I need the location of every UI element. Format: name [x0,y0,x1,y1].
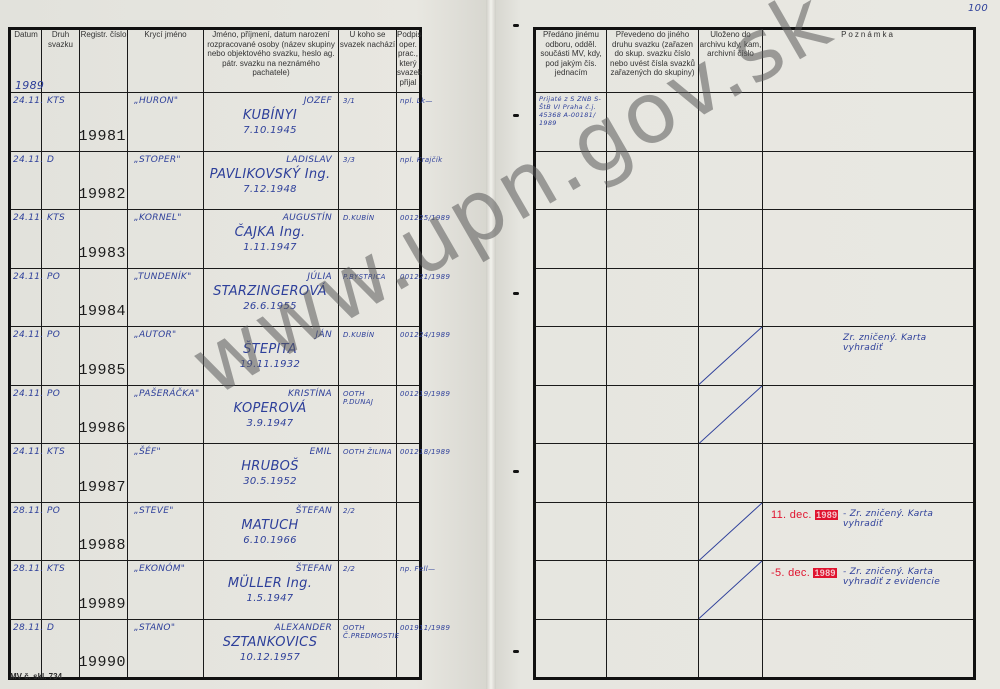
cell-registr: 19990 [80,619,128,679]
field-first: AUGUSTÍN [208,213,332,223]
cell-druh: PO [42,502,80,561]
cell-predano [535,502,607,561]
cell-predano [535,619,607,679]
cell-poznamka [763,93,975,152]
field-dob: 7.12.1948 [208,184,332,195]
field-datum: 24.11. [13,272,43,282]
cell-kryci: „KORNEL" [128,210,204,269]
field-first: ALEXANDER [208,623,332,633]
cell-podpis: np. Fell— [397,561,421,620]
field-u_koho: D.KUBÍN [343,214,393,222]
field-podpis: npl. Krajčík [400,156,442,164]
right-register-table: Předáno jinému odboru, odděl. součásti M… [533,27,976,680]
field-dob: 1.11.1947 [208,242,332,253]
field-poznamka: - Zr. zničený. Karta vyhradiť z evidenci… [843,567,968,587]
field-dob: 3.9.1947 [208,418,332,429]
strike-diagonal-icon [699,327,762,385]
cell-predano: Prijaté z S ZNB S-ŠtB VI Praha č.j. 4536… [535,93,607,152]
table-row: 24.11. KTS 19981 „HURON" JOZEF KUBÍNYI 7… [10,93,421,152]
field-first: JOZEF [208,96,332,106]
field-u_koho: 3/3 [343,156,393,164]
cell-kryci: „AUTOR" [128,327,204,386]
cell-u-koho: OOTH P.DUNAJ [339,385,397,444]
field-last: KOPEROVÁ [208,401,332,416]
cell-ulozeno [699,210,763,269]
field-last: HRUBOŠ [208,459,332,474]
cell-kryci: „STEVE" [128,502,204,561]
field-druh: KTS [47,213,65,223]
header-u-koho: U koho se svazek nachází [339,29,397,93]
field-reg: 19987 [78,479,126,496]
cell-ulozeno [699,561,763,620]
field-reg: 19983 [78,245,126,262]
cell-predano [535,561,607,620]
cell-druh: PO [42,327,80,386]
cell-datum: 28.11. [10,619,42,679]
binding-mark [513,114,519,117]
table-row: 24.11. D 19982 „STOPER" LADISLAV PAVLIKO… [10,151,421,210]
table-row [535,385,975,444]
cell-druh: KTS [42,444,80,503]
strike-diagonal-icon [699,386,762,444]
field-datum: 28.11. [13,623,43,633]
cell-jmeno: ŠTEFAN MÜLLER Ing. 1.5.1947 [204,561,339,620]
field-datum: 24.11. [13,447,43,457]
cell-podpis: npl. Krajčík [397,151,421,210]
field-poznamka: - Zr. zničený. Karta vyhradiť [843,509,968,529]
field-datum: 24.11. [13,96,43,106]
field-reg: 19981 [78,128,126,145]
field-u_koho: OOTH P.DUNAJ [343,390,393,406]
field-dob: 19.11.1932 [208,359,332,370]
cell-jmeno: KRISTÍNA KOPEROVÁ 3.9.1947 [204,385,339,444]
cell-prevedeno [607,268,699,327]
field-kryci: „ŠÉF" [134,447,161,457]
cell-ulozeno [699,151,763,210]
cell-prevedeno [607,385,699,444]
field-podpis: 001224/1989 [400,331,450,339]
cell-poznamka [763,268,975,327]
field-first: JÁN [208,330,332,340]
cell-poznamka [763,210,975,269]
cell-jmeno: EMIL HRUBOŠ 30.5.1952 [204,444,339,503]
field-kryci: „STANO" [134,623,175,633]
table-row: -5. dec. 1989 - Zr. zničený. Karta vyhra… [535,561,975,620]
header-jmeno: Jméno, příjmení, datum narození rozpraco… [204,29,339,93]
cell-predano [535,444,607,503]
cell-predano [535,327,607,386]
field-last: KUBÍNYI [208,108,332,123]
field-kryci: „KORNEL" [134,213,182,223]
date-stamp: -5. dec. 1989 [771,567,837,579]
header-druh-svazku: Druh svazku [42,29,80,93]
cell-prevedeno [607,327,699,386]
cell-druh: PO [42,268,80,327]
cell-registr: 19989 [80,561,128,620]
field-first: ŠTEFAN [208,506,332,516]
table-row: 11. dec. 1989 - Zr. zničený. Karta vyhra… [535,502,975,561]
field-stamp: -5. dec. [771,567,810,579]
cell-registr: 19986 [80,385,128,444]
cell-podpis: 001221/1989 [397,268,421,327]
field-podpis: 001219/1989 [400,390,450,398]
table-row [535,444,975,503]
field-kryci: „HURON" [134,96,178,106]
cell-registr: 19987 [80,444,128,503]
field-u_koho: 2/2 [343,565,393,573]
cell-podpis: 001911/1989 [397,619,421,679]
table-row [535,268,975,327]
cell-prevedeno [607,619,699,679]
cell-jmeno: ALEXANDER SZTANKOVICS 10.12.1957 [204,619,339,679]
cell-u-koho: 3/3 [339,151,397,210]
table-row: 24.11. KTS 19983 „KORNEL" AUGUSTÍN ČAJKA… [10,210,421,269]
table-row [535,619,975,679]
field-kryci: „TUNDENÍK" [134,272,192,282]
cell-kryci: „EKONÓM" [128,561,204,620]
header-prevedeno: Převedeno do jiného druhu svazku (zařaze… [607,29,699,93]
cell-poznamka: Zr. zničený. Karta vyhradiť [763,327,975,386]
cell-ulozeno [699,444,763,503]
cell-druh: KTS [42,210,80,269]
field-dob: 30.5.1952 [208,476,332,487]
cell-u-koho: P.BYSTRICA [339,268,397,327]
book-gutter [486,0,496,689]
table-row: Prijaté z S ZNB S-ŠtB VI Praha č.j. 4536… [535,93,975,152]
cell-ulozeno [699,93,763,152]
cell-jmeno: AUGUSTÍN ČAJKA Ing. 1.11.1947 [204,210,339,269]
binding-mark [513,470,519,473]
table-row: 24.11. PO 19986 „PAŠERÁČKA" KRISTÍNA KOP… [10,385,421,444]
cell-datum: 24.11. [10,210,42,269]
cell-prevedeno [607,210,699,269]
strike-diagonal-icon [699,561,762,619]
cell-datum: 24.11. [10,268,42,327]
year-note: 1989 [15,81,44,91]
table-row [535,151,975,210]
field-druh: KTS [47,447,65,457]
field-last: MÜLLER Ing. [208,576,332,591]
field-podpis: 001221/1989 [400,273,450,281]
field-dob: 26.6.1955 [208,301,332,312]
form-code: MV č. skl. 734 [10,672,62,681]
field-last: ČAJKA Ing. [208,225,332,240]
field-druh: D [47,155,54,165]
cell-podpis: 001225/1989 [397,210,421,269]
field-dob: 1.5.1947 [208,593,332,604]
cell-podpis: 001224/1989 [397,327,421,386]
table-row: Zr. zničený. Karta vyhradiť [535,327,975,386]
field-dob: 6.10.1966 [208,535,332,546]
cell-u-koho: 3/1 [339,93,397,152]
field-kryci: „PAŠERÁČKA" [134,389,199,399]
cell-datum: 24.11. [10,385,42,444]
cell-predano [535,151,607,210]
cell-prevedeno [607,151,699,210]
cell-poznamka [763,385,975,444]
field-last: STARZINGEROVÁ [208,284,332,299]
cell-druh: KTS [42,93,80,152]
header-podpis: Podpis oper. prac., který svazek přijal [397,29,421,93]
cell-druh: D [42,619,80,679]
table-row: 28.11. PO 19988 „STEVE" ŠTEFAN MATUCH 6.… [10,502,421,561]
cell-ulozeno [699,502,763,561]
cell-kryci: „PAŠERÁČKA" [128,385,204,444]
cell-ulozeno [699,327,763,386]
cell-u-koho: 2/2 [339,502,397,561]
field-datum: 24.11. [13,213,43,223]
field-podpis: np. Fell— [400,565,435,573]
cell-u-koho: OOTH ŽILINA [339,444,397,503]
cell-predano [535,210,607,269]
cell-prevedeno [607,561,699,620]
header-poznamka: Poznámka [763,29,975,93]
field-first: ŠTEFAN [208,564,332,574]
field-stamp_year: 1989 [815,510,838,520]
field-podpis: 001911/1989 [400,624,450,632]
cell-datum: 24.11. [10,151,42,210]
table-row: 24.11. PO 19984 „TUNDENÍK" JÚLIA STARZIN… [10,268,421,327]
field-druh: PO [47,506,60,516]
cell-jmeno: JÁN ŠTEPITA 19.11.1932 [204,327,339,386]
binding-mark [513,292,519,295]
field-druh: KTS [47,96,65,106]
field-reg: 19982 [78,186,126,203]
field-podpis: 001225/1989 [400,214,450,222]
cell-poznamka: -5. dec. 1989 - Zr. zničený. Karta vyhra… [763,561,975,620]
cell-u-koho: 2/2 [339,561,397,620]
field-druh: PO [47,330,60,340]
field-first: EMIL [208,447,332,457]
cell-datum: 24.11. [10,444,42,503]
field-kryci: „AUTOR" [134,330,176,340]
field-reg: 19986 [78,420,126,437]
cell-druh: KTS [42,561,80,620]
cell-jmeno: ŠTEFAN MATUCH 6.10.1966 [204,502,339,561]
cell-registr: 19982 [80,151,128,210]
field-reg: 19990 [78,654,126,671]
field-u_koho: OOTH ŽILINA [343,448,393,456]
header-registr-cislo: Registr. číslo [80,29,128,93]
cell-jmeno: LADISLAV PAVLIKOVSKÝ Ing. 7.12.1948 [204,151,339,210]
field-last: SZTANKOVICS [208,635,332,650]
field-last: ŠTEPITA [208,342,332,357]
table-row [535,210,975,269]
header-predano: Předáno jinému odboru, odděl. součásti M… [535,29,607,93]
field-druh: KTS [47,564,65,574]
field-last: MATUCH [208,518,332,533]
field-dob: 7.10.1945 [208,125,332,136]
field-datum: 28.11. [13,564,43,574]
field-kryci: „STOPER" [134,155,181,165]
cell-podpis [397,502,421,561]
cell-poznamka [763,444,975,503]
cell-podpis: 001218/1989 [397,444,421,503]
cell-ulozeno [699,385,763,444]
cell-registr: 19985 [80,327,128,386]
binding-mark [513,24,519,27]
field-last: PAVLIKOVSKÝ Ing. [208,167,332,182]
field-podpis: 001218/1989 [400,448,450,456]
field-druh: D [47,623,54,633]
page-number: 100 [968,3,988,14]
date-stamp: 11. dec. 1989 [771,509,838,521]
field-druh: PO [47,272,60,282]
field-u_koho: OOTH Č.PREDMOSTIE [343,624,393,640]
cell-jmeno: JÚLIA STARZINGEROVÁ 26.6.1955 [204,268,339,327]
field-reg: 19985 [78,362,126,379]
table-row: 24.11. KTS 19987 „ŠÉF" EMIL HRUBOŠ 30.5.… [10,444,421,503]
cell-predano [535,385,607,444]
cell-poznamka [763,151,975,210]
field-first: LADISLAV [208,155,332,165]
cell-podpis: 001219/1989 [397,385,421,444]
header-datum: Datum1989 [10,29,42,93]
cell-kryci: „TUNDENÍK" [128,268,204,327]
cell-registr: 19981 [80,93,128,152]
field-predano: Prijaté z S ZNB S-ŠtB VI Praha č.j. 4536… [539,95,605,127]
field-u_koho: 3/1 [343,97,393,105]
header-kryci-jmeno: Krycí jméno [128,29,204,93]
cell-kryci: „STOPER" [128,151,204,210]
cell-kryci: „HURON" [128,93,204,152]
cell-prevedeno [607,93,699,152]
cell-datum: 24.11. [10,93,42,152]
field-u_koho: D.KUBÍN [343,331,393,339]
field-podpis: npl. Lk— [400,97,433,105]
cell-poznamka [763,619,975,679]
strike-diagonal-icon [699,503,762,561]
left-register-table: Datum1989 Druh svazku Registr. číslo Kry… [8,27,422,680]
field-u_koho: P.BYSTRICA [343,273,393,281]
field-druh: PO [47,389,60,399]
field-datum: 24.11. [13,389,43,399]
binding-mark [513,650,519,653]
table-row: 24.11. PO 19985 „AUTOR" JÁN ŠTEPITA 19.1… [10,327,421,386]
cell-registr: 19988 [80,502,128,561]
cell-prevedeno [607,444,699,503]
field-u_koho: 2/2 [343,507,393,515]
cell-ulozeno [699,619,763,679]
cell-u-koho: D.KUBÍN [339,327,397,386]
field-datum: 24.11. [13,155,43,165]
cell-podpis: npl. Lk— [397,93,421,152]
field-dob: 10.12.1957 [208,652,332,663]
field-first: JÚLIA [208,272,332,282]
cell-poznamka: 11. dec. 1989 - Zr. zničený. Karta vyhra… [763,502,975,561]
field-first: KRISTÍNA [208,389,332,399]
cell-registr: 19984 [80,268,128,327]
cell-datum: 28.11. [10,502,42,561]
field-datum: 28.11. [13,506,43,516]
cell-druh: PO [42,385,80,444]
cell-datum: 24.11. [10,327,42,386]
cell-u-koho: OOTH Č.PREDMOSTIE [339,619,397,679]
cell-datum: 28.11. [10,561,42,620]
field-datum: 24.11. [13,330,43,340]
cell-ulozeno [699,268,763,327]
field-kryci: „STEVE" [134,506,174,516]
field-reg: 19984 [78,303,126,320]
cell-druh: D [42,151,80,210]
field-reg: 19988 [78,537,126,554]
field-kryci: „EKONÓM" [134,564,185,574]
header-ulozeno: Uloženo do archivu kdy, kam, archivní čí… [699,29,763,93]
field-poznamka: Zr. zničený. Karta vyhradiť [843,333,968,353]
table-row: 28.11. D 19990 „STANO" ALEXANDER SZTANKO… [10,619,421,679]
field-stamp: 11. dec. [771,509,812,521]
field-reg: 19989 [78,596,126,613]
cell-prevedeno [607,502,699,561]
field-stamp_year: 1989 [813,568,836,578]
table-row: 28.11. KTS 19989 „EKONÓM" ŠTEFAN MÜLLER … [10,561,421,620]
cell-kryci: „ŠÉF" [128,444,204,503]
cell-kryci: „STANO" [128,619,204,679]
cell-jmeno: JOZEF KUBÍNYI 7.10.1945 [204,93,339,152]
cell-u-koho: D.KUBÍN [339,210,397,269]
cell-registr: 19983 [80,210,128,269]
cell-predano [535,268,607,327]
